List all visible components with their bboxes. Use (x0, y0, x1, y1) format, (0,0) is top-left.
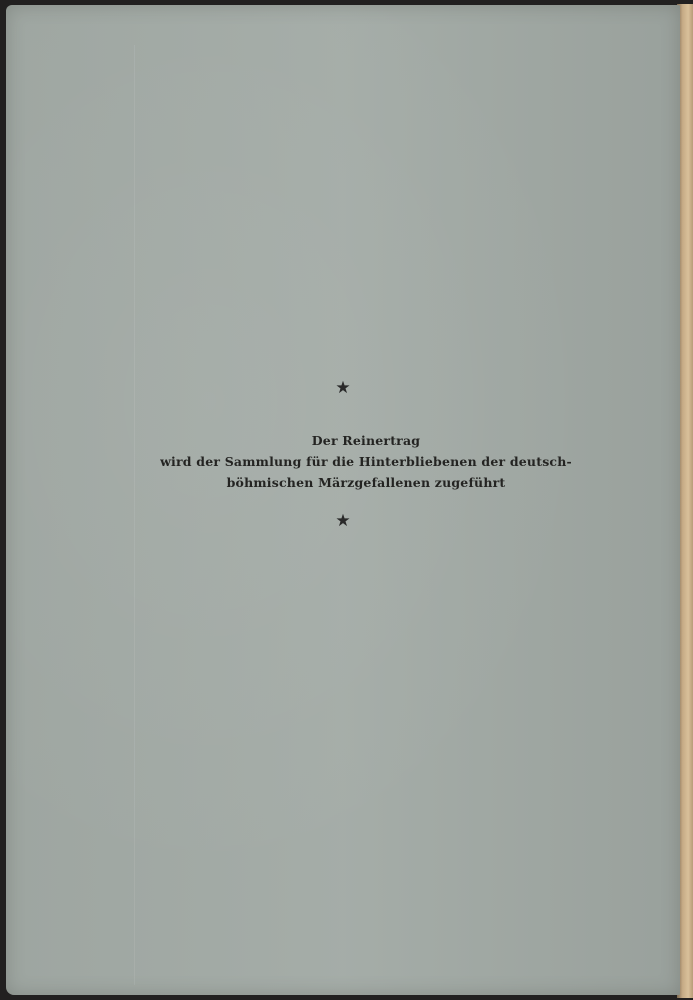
star-ornament-top-icon: ★ (6, 380, 680, 397)
notice-line-1: Der Reinertrag (126, 430, 606, 451)
proceeds-notice: Der Reinertrag wird der Sammlung für die… (126, 430, 606, 493)
notice-line-3: böhmischen Märzgefallenen zugeführt (126, 472, 606, 493)
notice-line-2: wird der Sammlung für die Hinterbliebene… (126, 451, 606, 472)
star-ornament-bottom-icon: ★ (6, 513, 680, 530)
book-cover: ★ Der Reinertrag wird der Sammlung für d… (6, 5, 680, 995)
